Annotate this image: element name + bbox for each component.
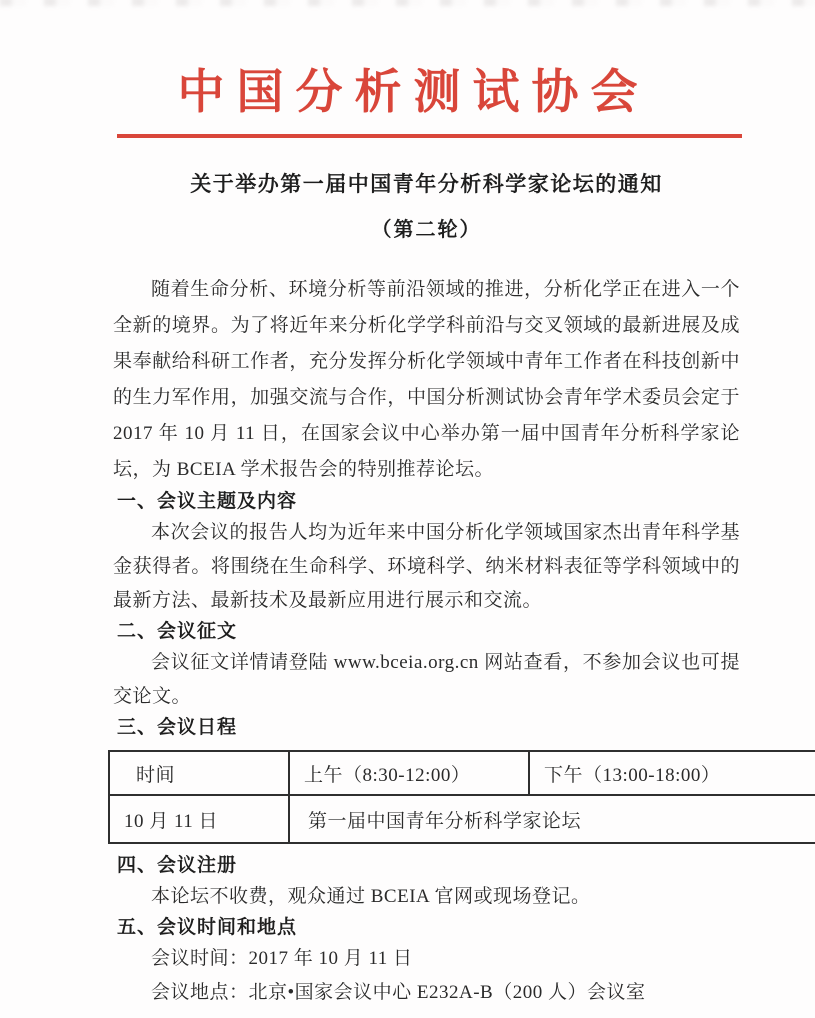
schedule-data-row: 10 月 11 日 第一届中国青年分析科学家论坛 bbox=[109, 795, 815, 843]
section-heading-papers: 二、会议征文 bbox=[117, 618, 740, 646]
section-heading-registration: 四、会议注册 bbox=[117, 852, 740, 880]
section-papers-paragraph: 会议征文详情请登陆 www.bceia.org.cn 网站查看，不参加会议也可提… bbox=[113, 646, 740, 714]
document-body: 关于举办第一届中国青年分析科学家论坛的通知 （第二轮） 随着生命分析、环境分析等… bbox=[0, 170, 815, 1010]
intro-paragraph: 随着生命分析、环境分析等前沿领域的推进，分析化学正在进入一个全新的境界。为了将近… bbox=[113, 272, 740, 488]
schedule-header-row: 时间 上午（8:30-12:00） 下午（13:00-18:00） bbox=[109, 751, 815, 795]
schedule-col-time: 时间 bbox=[109, 751, 289, 795]
schedule-table: 时间 上午（8:30-12:00） 下午（13:00-18:00） 10 月 1… bbox=[108, 750, 815, 844]
section-heading-schedule: 三、会议日程 bbox=[117, 714, 740, 742]
section-topic-paragraph: 本次会议的报告人均为近年来中国分析化学领域国家杰出青年科学基金获得者。将围绕在生… bbox=[113, 516, 740, 618]
meeting-place-line: 会议地点：北京•国家会议中心 E232A-B（200 人）会议室 bbox=[113, 976, 740, 1010]
letterhead-rule bbox=[117, 134, 742, 138]
schedule-col-afternoon: 下午（13:00-18:00） bbox=[529, 751, 815, 795]
schedule-cell-event: 第一届中国青年分析科学家论坛 bbox=[289, 795, 815, 843]
section-heading-venue: 五、会议时间和地点 bbox=[117, 914, 740, 942]
meeting-time-line: 会议时间：2017 年 10 月 11 日 bbox=[113, 942, 740, 976]
section-registration-paragraph: 本论坛不收费，观众通过 BCEIA 官网或现场登记。 bbox=[113, 880, 740, 914]
letterhead-org-name: 中国分析测试协会 bbox=[0, 0, 815, 120]
schedule-cell-date: 10 月 11 日 bbox=[109, 795, 289, 843]
notice-round-label: （第二轮） bbox=[113, 216, 740, 244]
section-heading-topic: 一、会议主题及内容 bbox=[117, 488, 740, 516]
scanned-notice-page: 中国分析测试协会 关于举办第一届中国青年分析科学家论坛的通知 （第二轮） 随着生… bbox=[0, 0, 815, 1018]
notice-title: 关于举办第一届中国青年分析科学家论坛的通知 bbox=[113, 170, 740, 200]
schedule-col-morning: 上午（8:30-12:00） bbox=[289, 751, 529, 795]
